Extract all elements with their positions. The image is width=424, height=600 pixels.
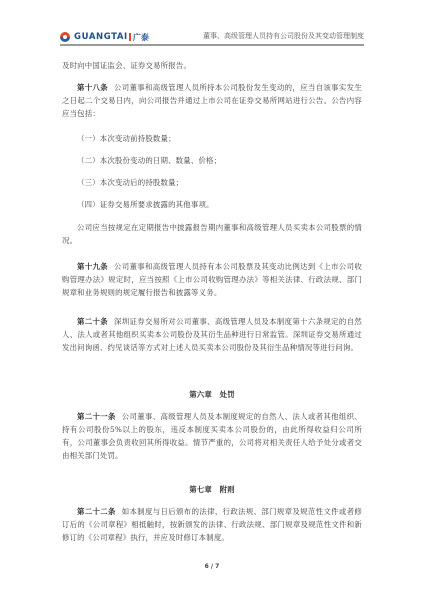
- intro-paragraph: 及时向中国证监会、证券交易所报告。: [62, 59, 362, 72]
- article-label: 第二十条: [77, 317, 108, 326]
- list-item: （一）本次变动前持股数量；: [62, 132, 362, 145]
- logo-divider: [129, 33, 131, 41]
- logo-mark-icon: [60, 32, 70, 42]
- document-title: 董事、高级管理人员持有公司股份及其变动管理制度: [203, 31, 364, 41]
- article-label: 第十八条: [77, 83, 108, 92]
- article-20: 第二十条深圳证券交易所对公司董事、高级管理人员及本制度第十六条规定的自然人、法人…: [62, 315, 362, 354]
- article-label: 第二十一条: [77, 412, 116, 421]
- article-19: 第十九条公司董事和高级管理人员持有本公司股票及其变动比例达到《上市公司收购管理办…: [62, 260, 362, 299]
- article-18: 第十八条公司董事和高级管理人员所持本公司股份发生变动的，应当自该事实发生之日起二…: [62, 81, 362, 120]
- article-label: 第十九条: [77, 262, 108, 271]
- document-page: GUANGTAI 广泰 董事、高级管理人员持有公司股份及其变动管理制度 及时向中…: [0, 0, 424, 600]
- company-logo: GUANGTAI 广泰: [60, 31, 149, 43]
- article-18-closing: 公司应当按规定在定期报告中披露报告期内董事和高级管理人员买卖本公司股票的情况。: [62, 221, 362, 247]
- chapter-6-heading: 第六章 处罚: [62, 388, 362, 401]
- list-item: （二）本次股份变动的日期、数量、价格；: [62, 154, 362, 167]
- article-21: 第二十一条公司董事、高级管理人员及本制度规定的自然人、法人或者其他组织、持有公司…: [62, 410, 362, 462]
- logo-text: GUANGTAI: [74, 32, 128, 42]
- list-item: （四）证券交易所要求披露的其他事项。: [62, 198, 362, 211]
- article-22: 第二十二条如本制度与日后颁布的法律、行政法规、部门规章及规范性文件或者修订后的《…: [62, 505, 362, 544]
- logo-chinese-text: 广泰: [133, 32, 149, 43]
- chapter-7-heading: 第七章 附则: [62, 483, 362, 496]
- page-number: 6 / 7: [0, 563, 424, 570]
- page-header: GUANGTAI 广泰 董事、高级管理人员持有公司股份及其变动管理制度: [60, 30, 364, 44]
- intro-line: 及时向中国证监会、证券交易所报告。: [62, 59, 362, 72]
- list-item: （三）本次变动后的持股数量；: [62, 176, 362, 189]
- header-rule: [60, 44, 364, 46]
- article-label: 第二十二条: [77, 507, 116, 516]
